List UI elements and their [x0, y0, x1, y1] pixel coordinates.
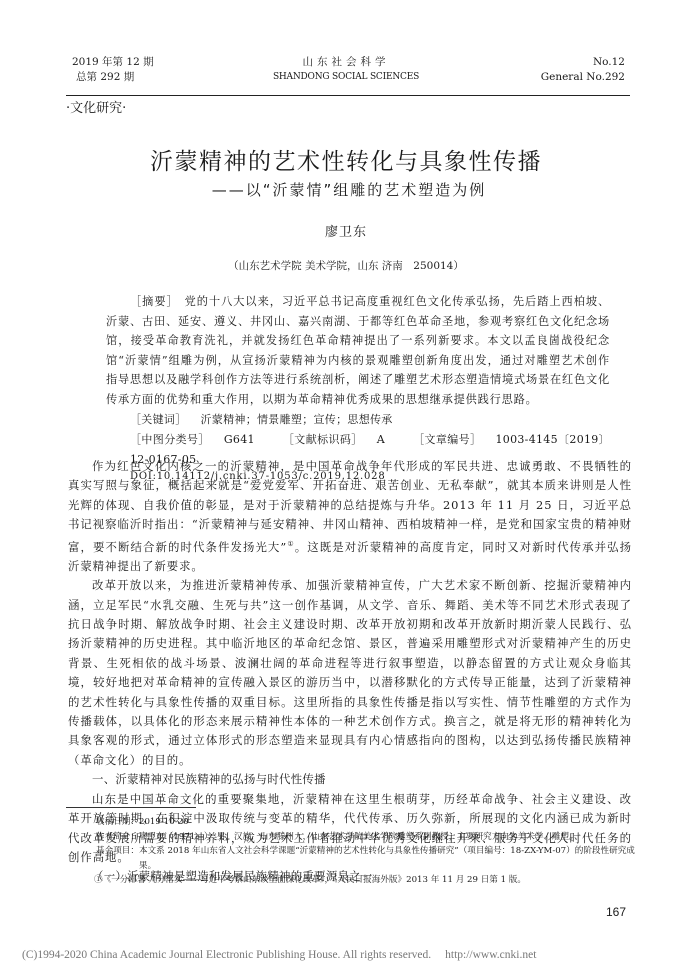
footnote-text: ①《一分部署 九分落实——习近平考察山东谈全面深化改革》，《人民日报海外版》20…: [94, 873, 636, 888]
article-subtitle: ——以“沂蒙情”组雕的艺术塑造为例: [0, 180, 692, 200]
keywords-label: ［关键词］: [130, 413, 187, 426]
section-tag: ·文化研究·: [66, 100, 126, 118]
running-header-right: No.12 General No.292: [541, 55, 625, 85]
keywords-line: ［关键词］沂蒙精神；情景雕塑；宣传；思想传承: [106, 410, 610, 430]
received-label: 收稿日期：: [96, 815, 139, 830]
abstract-label: ［摘要］: [130, 295, 179, 308]
fund-row: 基金项目：本文系 2018 年山东省人文社会科学课题“沂蒙精神的艺术性转化与具象…: [96, 844, 636, 873]
clc-value: G641: [224, 433, 255, 446]
article-title: 沂蒙精神的艺术性转化与具象性传播: [0, 147, 692, 177]
clc-group: ［中图分类号］G641: [130, 433, 269, 446]
fund-value: 本文系 2018 年山东省人文社会科学课题“沂蒙精神的艺术性转化与具象性传播研究…: [139, 844, 636, 873]
article-no-label: ［文章编号］: [413, 433, 482, 446]
received-date-row: 收稿日期：2019-10-20: [96, 815, 636, 830]
total-issue-en: General No.292: [541, 70, 625, 85]
body-paragraph: 作为红色文化内核之一的沂蒙精神，是中国革命战争年代形成的军民共进、忠诚勇敢、不畏…: [68, 457, 632, 576]
doc-code-label: ［文献标识码］: [283, 433, 363, 446]
copyright-footer: (C)1994-2020 China Academic Journal Elec…: [22, 949, 536, 961]
page-number: 167: [606, 905, 626, 919]
received-value: 2019-10-20: [139, 815, 636, 830]
header-divider: [66, 95, 630, 96]
keywords-text: 沂蒙精神；情景雕塑；宣传；思想传承: [201, 413, 393, 426]
doc-code-group: ［文献标识码］A: [283, 433, 399, 446]
author-name: 廖卫东: [0, 224, 692, 242]
section-heading: 一、沂蒙精神对民族精神的弘扬与时代性传播: [68, 770, 632, 789]
footnote-ref[interactable]: ①: [287, 540, 295, 548]
copyright-text: (C)1994-2020 China Academic Journal Elec…: [22, 949, 431, 961]
footnotes-block: 收稿日期：2019-10-20 作者简介：廖卫东（1971—），男，汉族，山东滕…: [96, 815, 636, 888]
abstract-block: ［摘要］党的十八大以来，习近平总书记高度重视红色文化传承弘扬，先后踏上西柏坡、沂…: [106, 292, 610, 484]
issue-number-en: No.12: [541, 55, 625, 70]
cnki-link[interactable]: http://www.cnki.net: [445, 949, 536, 961]
fund-label: 基金项目：: [96, 844, 139, 873]
abstract-text: 党的十八大以来，习近平总书记高度重视红色文化传承弘扬，先后踏上西柏坡、沂蒙、古田…: [106, 295, 610, 406]
author-affiliation: （山东艺术学院 美术学院，山东 济南 250014）: [0, 259, 692, 274]
footnote-1: ①《一分部署 九分落实——习近平考察山东谈全面深化改革》，《人民日报海外版》20…: [94, 873, 636, 888]
author-bio-value: 廖卫东（1971—），男，汉族，山东滕州人，山东艺术学院美术学院雕塑系副教授，主…: [139, 830, 636, 845]
author-bio-label: 作者简介：: [96, 830, 139, 845]
clc-label: ［中图分类号］: [130, 433, 210, 446]
doc-code-value: A: [377, 433, 385, 446]
body-paragraph: 改革开放以来，为推进沂蒙精神传承、加强沂蒙精神宣传，广大艺术家不断创新、挖掘沂蒙…: [68, 576, 632, 770]
author-bio-row: 作者简介：廖卫东（1971—），男，汉族，山东滕州人，山东艺术学院美术学院雕塑系…: [96, 830, 636, 845]
abstract-paragraph: ［摘要］党的十八大以来，习近平总书记高度重视红色文化传承弘扬，先后踏上西柏坡、沂…: [106, 292, 610, 410]
footnote-divider: [66, 807, 196, 808]
